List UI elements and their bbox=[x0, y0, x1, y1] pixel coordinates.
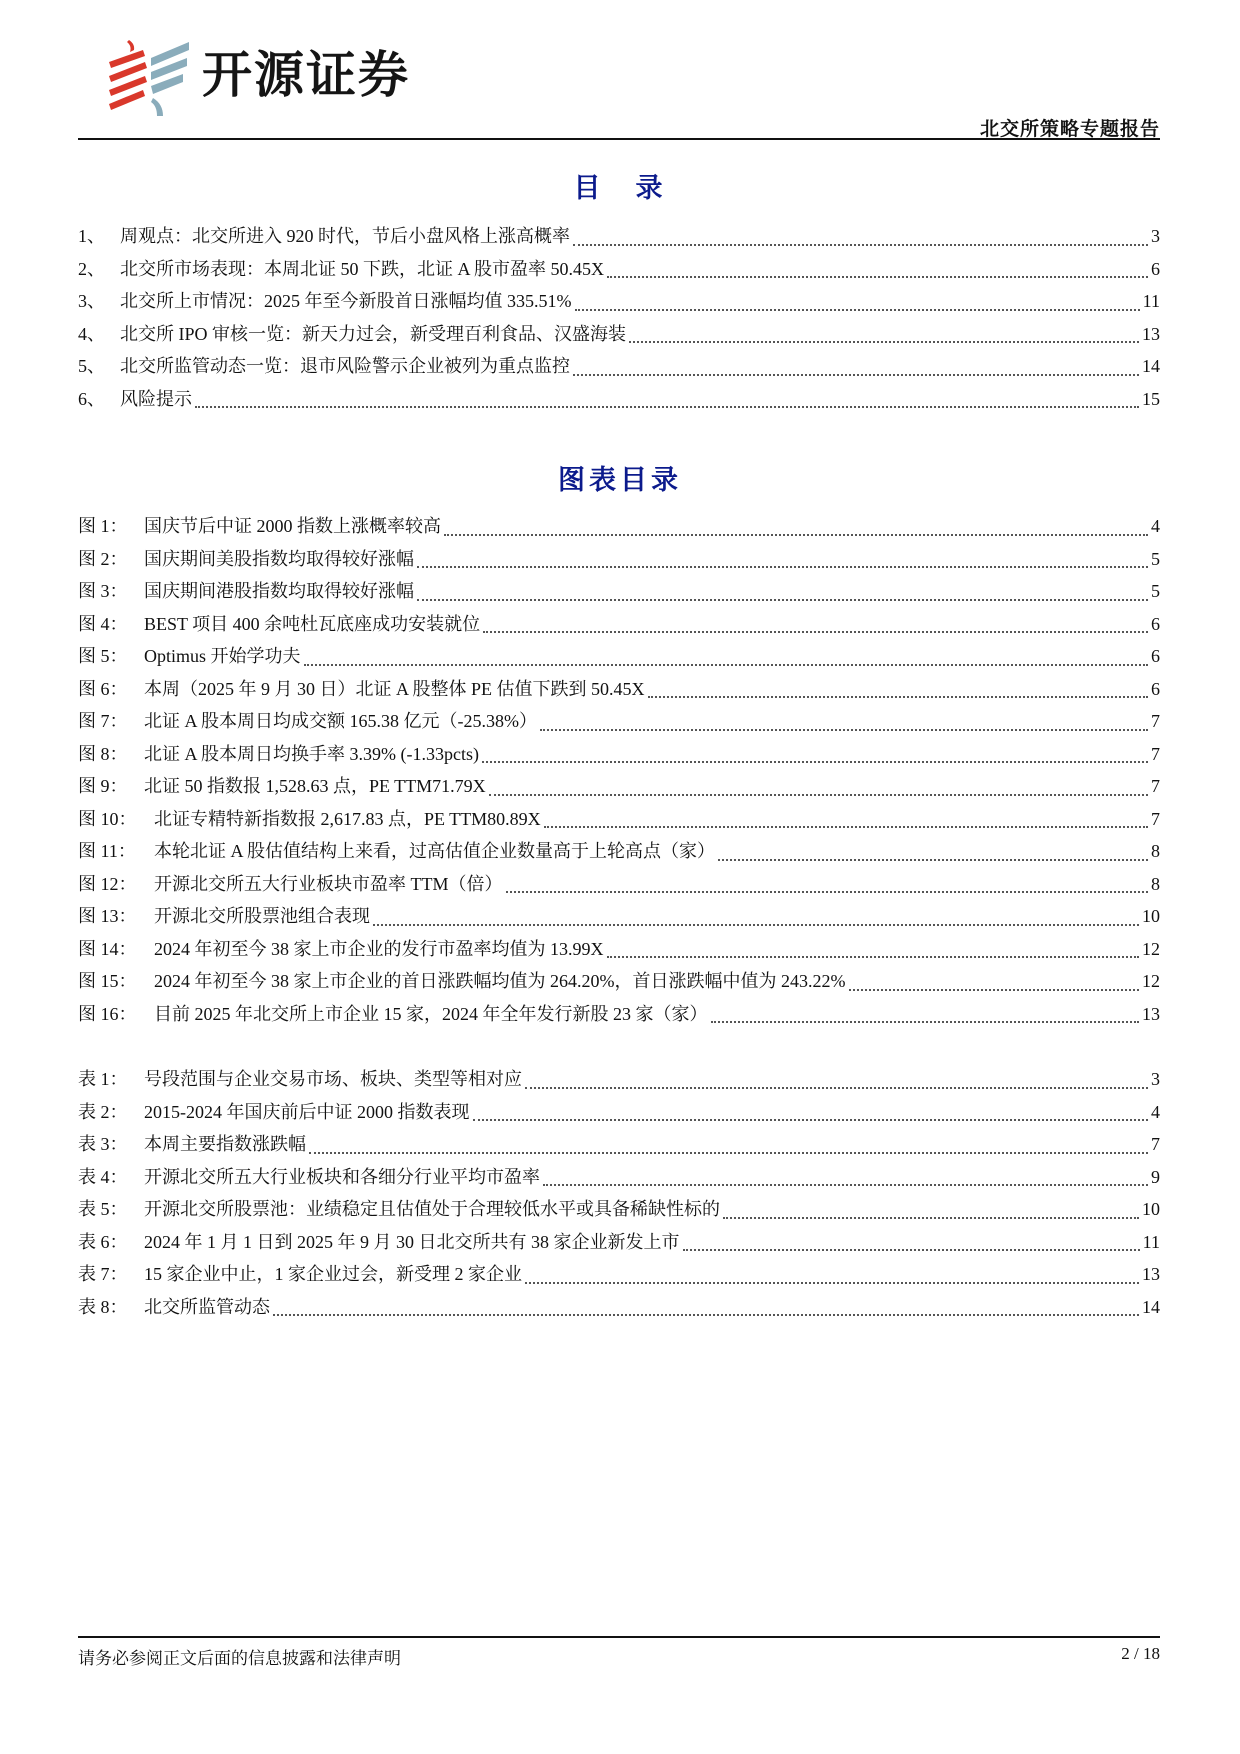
toc-entry-page: 3 bbox=[1149, 220, 1160, 252]
dot-leader bbox=[483, 631, 1148, 633]
figure-entry[interactable]: 图 6： 本周（2025 年 9 月 30 日）北证 A 股整体 PE 估值下跌… bbox=[78, 673, 1160, 706]
table-index-list: 表 1： 号段范围与企业交易市场、板块、类型等相对应 3 表 2： 2015-2… bbox=[78, 1063, 1160, 1323]
table-entry[interactable]: 表 5： 开源北交所股票池：业绩稳定且估值处于合理较低水平或具备稀缺性标的 10 bbox=[78, 1193, 1160, 1226]
table-entry-label: 开源北交所五大行业板块和各细分行业平均市盈率 bbox=[144, 1161, 542, 1193]
figure-entry[interactable]: 图 12： 开源北交所五大行业板块市盈率 TTM（倍） 8 bbox=[78, 868, 1160, 901]
toc-entry[interactable]: 2、 北交所市场表现：本周北证 50 下跌，北证 A 股市盈率 50.45X 6 bbox=[78, 253, 1160, 286]
figure-entry[interactable]: 图 16： 目前 2025 年北交所上市企业 15 家，2024 年全年发行新股… bbox=[78, 998, 1160, 1031]
figure-entry-page: 8 bbox=[1149, 868, 1160, 900]
figure-entry-number: 图 4： bbox=[78, 608, 144, 640]
dot-leader bbox=[373, 924, 1139, 926]
figure-entry-page: 5 bbox=[1149, 575, 1160, 607]
dot-leader bbox=[648, 696, 1148, 698]
table-entry-label: 号段范围与企业交易市场、板块、类型等相对应 bbox=[144, 1063, 524, 1095]
toc-entry-label: 周观点：北交所进入 920 时代，节后小盘风格上涨高概率 bbox=[120, 220, 572, 252]
table-entry-label: 15 家企业中止，1 家企业过会，新受理 2 家企业 bbox=[144, 1258, 524, 1290]
table-entry-page: 4 bbox=[1149, 1096, 1160, 1128]
toc-entry-label: 风险提示 bbox=[120, 383, 194, 415]
figure-entry-page: 12 bbox=[1140, 933, 1160, 965]
table-entry-number: 表 4： bbox=[78, 1161, 144, 1193]
table-entry-number: 表 2： bbox=[78, 1096, 144, 1128]
toc-title: 目 录 bbox=[0, 166, 1240, 205]
figure-entry-page: 8 bbox=[1149, 835, 1160, 867]
toc-entry-label: 北交所市场表现：本周北证 50 下跌，北证 A 股市盈率 50.45X bbox=[120, 253, 606, 285]
toc-entry-label: 北交所 IPO 审核一览：新天力过会，新受理百利食品、汉盛海装 bbox=[120, 318, 628, 350]
dot-leader bbox=[629, 341, 1139, 343]
figure-entry-number: 图 3： bbox=[78, 575, 144, 607]
dot-leader bbox=[195, 406, 1139, 408]
figure-entry-label: 2024 年初至今 38 家上市企业的首日涨跌幅均值为 264.20%，首日涨跌… bbox=[154, 965, 848, 997]
figure-entry-page: 13 bbox=[1140, 998, 1160, 1030]
figure-entry[interactable]: 图 2： 国庆期间美股指数均取得较好涨幅 5 bbox=[78, 543, 1160, 576]
toc-entry-label: 北交所监管动态一览：退市风险警示企业被列为重点监控 bbox=[120, 350, 572, 382]
figure-entry-number: 图 8： bbox=[78, 738, 144, 770]
dot-leader bbox=[543, 1184, 1148, 1186]
table-entry-number: 表 7： bbox=[78, 1258, 144, 1290]
toc-entry-number: 1、 bbox=[78, 220, 120, 252]
figure-entry[interactable]: 图 9： 北证 50 指数报 1,528.63 点，PE TTM71.79X 7 bbox=[78, 770, 1160, 803]
toc-entry-page: 15 bbox=[1140, 383, 1160, 415]
figure-entry-page: 4 bbox=[1149, 510, 1160, 542]
figure-entry-page: 7 bbox=[1149, 705, 1160, 737]
figure-entry[interactable]: 图 10： 北证专精特新指数报 2,617.83 点，PE TTM80.89X … bbox=[78, 803, 1160, 836]
dot-leader bbox=[723, 1217, 1139, 1219]
table-entry-label: 2024 年 1 月 1 日到 2025 年 9 月 30 日北交所共有 38 … bbox=[144, 1226, 682, 1258]
figure-entry[interactable]: 图 3： 国庆期间港股指数均取得较好涨幅 5 bbox=[78, 575, 1160, 608]
figure-entry-number: 图 11： bbox=[78, 835, 154, 867]
table-entry-page: 9 bbox=[1149, 1161, 1160, 1193]
table-entry-label: 开源北交所股票池：业绩稳定且估值处于合理较低水平或具备稀缺性标的 bbox=[144, 1193, 722, 1225]
dot-leader bbox=[304, 664, 1148, 666]
disclaimer-note: 请务必参阅正文后面的信息披露和法律声明 bbox=[78, 1644, 401, 1669]
dot-leader bbox=[573, 244, 1148, 246]
toc-entry-number: 4、 bbox=[78, 318, 120, 350]
toc-entry[interactable]: 3、 北交所上市情况：2025 年至今新股首日涨幅均值 335.51% 11 bbox=[78, 285, 1160, 318]
figure-entry-page: 12 bbox=[1140, 965, 1160, 997]
dot-leader bbox=[607, 276, 1148, 278]
table-entry-page: 13 bbox=[1140, 1258, 1160, 1290]
brand-name: 开源证券 bbox=[202, 40, 410, 110]
figure-entry-page: 7 bbox=[1149, 738, 1160, 770]
figure-entry[interactable]: 图 5： Optimus 开始学功夫 6 bbox=[78, 640, 1160, 673]
figure-entry-page: 6 bbox=[1149, 673, 1160, 705]
figure-entry-number: 图 7： bbox=[78, 705, 144, 737]
dot-leader bbox=[525, 1282, 1139, 1284]
figure-entry-label: 本周（2025 年 9 月 30 日）北证 A 股整体 PE 估值下跌到 50.… bbox=[144, 673, 647, 705]
figure-entry[interactable]: 图 7： 北证 A 股本周日均成交额 165.38 亿元（-25.38%） 7 bbox=[78, 705, 1160, 738]
figure-entry-number: 图 14： bbox=[78, 933, 154, 965]
figure-entry-number: 图 12： bbox=[78, 868, 154, 900]
figure-entry-label: 北证 50 指数报 1,528.63 点，PE TTM71.79X bbox=[144, 770, 488, 802]
figure-entry-label: 2024 年初至今 38 家上市企业的发行市盈率均值为 13.99X bbox=[154, 933, 606, 965]
figure-entry[interactable]: 图 8： 北证 A 股本周日均换手率 3.39% (-1.33pcts) 7 bbox=[78, 738, 1160, 771]
table-entry-number: 表 6： bbox=[78, 1226, 144, 1258]
table-entry-label: 北交所监管动态 bbox=[144, 1291, 272, 1323]
figure-entry[interactable]: 图 14： 2024 年初至今 38 家上市企业的发行市盈率均值为 13.99X… bbox=[78, 933, 1160, 966]
figure-index-title: 图表目录 bbox=[0, 458, 1240, 497]
toc-entry-number: 6、 bbox=[78, 383, 120, 415]
table-entry-page: 3 bbox=[1149, 1063, 1160, 1095]
dot-leader bbox=[540, 729, 1148, 731]
table-entry[interactable]: 表 4： 开源北交所五大行业板块和各细分行业平均市盈率 9 bbox=[78, 1161, 1160, 1194]
toc-entry-page: 6 bbox=[1149, 253, 1160, 285]
toc-entry-number: 2、 bbox=[78, 253, 120, 285]
figure-entry-label: 北证专精特新指数报 2,617.83 点，PE TTM80.89X bbox=[154, 803, 543, 835]
dot-leader bbox=[525, 1087, 1148, 1089]
figure-entry[interactable]: 图 15： 2024 年初至今 38 家上市企业的首日涨跌幅均值为 264.20… bbox=[78, 965, 1160, 998]
figure-entry-page: 6 bbox=[1149, 640, 1160, 672]
table-entry[interactable]: 表 8： 北交所监管动态 14 bbox=[78, 1291, 1160, 1324]
dot-leader bbox=[444, 534, 1148, 536]
figure-entry-label: 本轮北证 A 股估值结构上来看，过高估值企业数量高于上轮高点（家） bbox=[154, 835, 717, 867]
toc-entry-label: 北交所上市情况：2025 年至今新股首日涨幅均值 335.51% bbox=[120, 285, 574, 317]
dot-leader bbox=[573, 374, 1139, 376]
page-number: 2 / 18 bbox=[1121, 1644, 1160, 1664]
figure-entry[interactable]: 图 4： BEST 项目 400 余吨杜瓦底座成功安装就位 6 bbox=[78, 608, 1160, 641]
footer-divider bbox=[78, 1636, 1160, 1638]
figure-entry-label: Optimus 开始学功夫 bbox=[144, 640, 303, 672]
dot-leader bbox=[683, 1249, 1140, 1251]
table-entry[interactable]: 表 6： 2024 年 1 月 1 日到 2025 年 9 月 30 日北交所共… bbox=[78, 1226, 1160, 1259]
figure-entry-number: 图 13： bbox=[78, 900, 154, 932]
report-type-label: 北交所策略专题报告 bbox=[980, 114, 1160, 141]
figure-entry-label: 目前 2025 年北交所上市企业 15 家，2024 年全年发行新股 23 家（… bbox=[154, 998, 710, 1030]
toc-entry[interactable]: 5、 北交所监管动态一览：退市风险警示企业被列为重点监控 14 bbox=[78, 350, 1160, 383]
header-divider bbox=[78, 138, 1160, 140]
table-entry-label: 2015-2024 年国庆前后中证 2000 指数表现 bbox=[144, 1096, 472, 1128]
page-header: 开源证券 北交所策略专题报告 bbox=[78, 28, 1160, 140]
table-entry-number: 表 5： bbox=[78, 1193, 144, 1225]
dot-leader bbox=[309, 1152, 1148, 1154]
table-entry[interactable]: 表 2： 2015-2024 年国庆前后中证 2000 指数表现 4 bbox=[78, 1096, 1160, 1129]
figure-entry-label: 北证 A 股本周日均成交额 165.38 亿元（-25.38%） bbox=[144, 705, 539, 737]
figure-entry-label: 国庆期间港股指数均取得较好涨幅 bbox=[144, 575, 416, 607]
figure-entry-label: 国庆节后中证 2000 指数上涨概率较高 bbox=[144, 510, 443, 542]
dot-leader bbox=[575, 309, 1140, 311]
figure-entry[interactable]: 图 1： 国庆节后中证 2000 指数上涨概率较高 4 bbox=[78, 510, 1160, 543]
table-entry-page: 11 bbox=[1141, 1226, 1160, 1258]
figure-index-list: 图 1： 国庆节后中证 2000 指数上涨概率较高 4 图 2： 国庆期间美股指… bbox=[78, 510, 1160, 1030]
toc-entry-page: 11 bbox=[1141, 285, 1160, 317]
figure-entry-number: 图 9： bbox=[78, 770, 144, 802]
toc-entry[interactable]: 4、 北交所 IPO 审核一览：新天力过会，新受理百利食品、汉盛海装 13 bbox=[78, 318, 1160, 351]
table-entry-label: 本周主要指数涨跌幅 bbox=[144, 1128, 308, 1160]
toc-entry[interactable]: 1、 周观点：北交所进入 920 时代，节后小盘风格上涨高概率 3 bbox=[78, 220, 1160, 253]
table-entry-number: 表 8： bbox=[78, 1291, 144, 1323]
table-entry-page: 7 bbox=[1149, 1128, 1160, 1160]
figure-entry-number: 图 2： bbox=[78, 543, 144, 575]
figure-entry-page: 10 bbox=[1140, 900, 1160, 932]
figure-entry-number: 图 15： bbox=[78, 965, 154, 997]
figure-entry-number: 图 10： bbox=[78, 803, 154, 835]
figure-entry-page: 7 bbox=[1149, 770, 1160, 802]
dot-leader bbox=[607, 956, 1140, 958]
dot-leader bbox=[417, 599, 1148, 601]
figure-entry-label: 北证 A 股本周日均换手率 3.39% (-1.33pcts) bbox=[144, 738, 481, 770]
figure-entry-label: 国庆期间美股指数均取得较好涨幅 bbox=[144, 543, 416, 575]
figure-entry-page: 7 bbox=[1149, 803, 1160, 835]
figure-entry-number: 图 6： bbox=[78, 673, 144, 705]
dot-leader bbox=[489, 794, 1148, 796]
figure-entry-page: 5 bbox=[1149, 543, 1160, 575]
figure-entry-label: BEST 项目 400 余吨杜瓦底座成功安装就位 bbox=[144, 608, 482, 640]
kaiyuan-logo-icon bbox=[103, 38, 193, 118]
figure-entry-number: 图 16： bbox=[78, 998, 154, 1030]
dot-leader bbox=[273, 1314, 1139, 1316]
figure-entry-label: 开源北交所五大行业板块市盈率 TTM（倍） bbox=[154, 868, 505, 900]
dot-leader bbox=[718, 859, 1148, 861]
dot-leader bbox=[544, 826, 1148, 828]
figure-entry[interactable]: 图 11： 本轮北证 A 股估值结构上来看，过高估值企业数量高于上轮高点（家） … bbox=[78, 835, 1160, 868]
figure-entry-label: 开源北交所股票池组合表现 bbox=[154, 900, 372, 932]
toc-entry-number: 3、 bbox=[78, 285, 120, 317]
figure-entry-page: 6 bbox=[1149, 608, 1160, 640]
dot-leader bbox=[506, 891, 1149, 893]
toc-entry[interactable]: 6、 风险提示 15 bbox=[78, 383, 1160, 416]
table-entry-number: 表 3： bbox=[78, 1128, 144, 1160]
dot-leader bbox=[473, 1119, 1149, 1121]
figure-entry[interactable]: 图 13： 开源北交所股票池组合表现 10 bbox=[78, 900, 1160, 933]
dot-leader bbox=[849, 989, 1140, 991]
table-entry[interactable]: 表 3： 本周主要指数涨跌幅 7 bbox=[78, 1128, 1160, 1161]
toc-list: 1、 周观点：北交所进入 920 时代，节后小盘风格上涨高概率 3 2、 北交所… bbox=[78, 220, 1160, 415]
dot-leader bbox=[711, 1021, 1140, 1023]
table-entry[interactable]: 表 7： 15 家企业中止，1 家企业过会，新受理 2 家企业 13 bbox=[78, 1258, 1160, 1291]
toc-entry-number: 5、 bbox=[78, 350, 120, 382]
toc-entry-page: 14 bbox=[1140, 350, 1160, 382]
table-entry-page: 14 bbox=[1140, 1291, 1160, 1323]
figure-entry-number: 图 5： bbox=[78, 640, 144, 672]
table-entry[interactable]: 表 1： 号段范围与企业交易市场、板块、类型等相对应 3 bbox=[78, 1063, 1160, 1096]
dot-leader bbox=[417, 566, 1148, 568]
table-entry-page: 10 bbox=[1140, 1193, 1160, 1225]
dot-leader bbox=[482, 761, 1148, 763]
table-entry-number: 表 1： bbox=[78, 1063, 144, 1095]
figure-entry-number: 图 1： bbox=[78, 510, 144, 542]
toc-entry-page: 13 bbox=[1140, 318, 1160, 350]
